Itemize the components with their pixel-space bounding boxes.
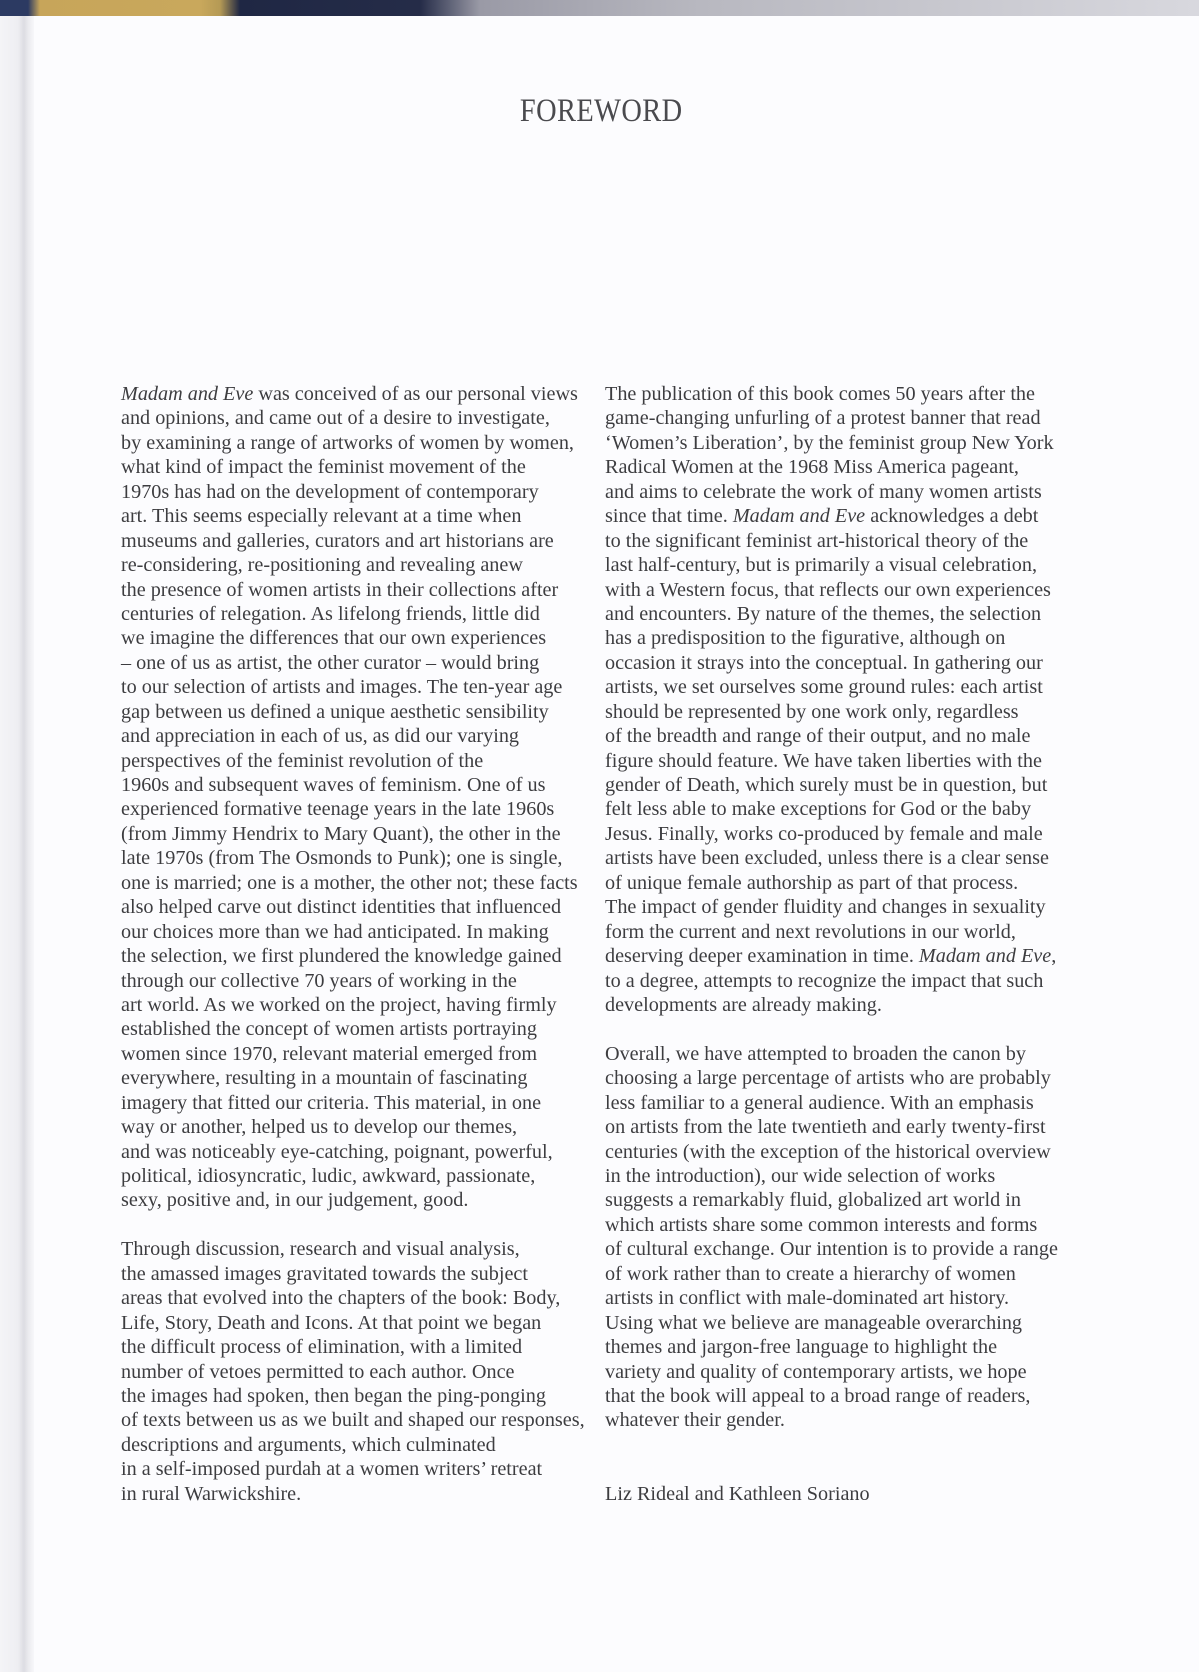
- text-line: areas that evolved into the chapters of …: [121, 1286, 585, 1310]
- line-text: of work rather than to create a hierarch…: [605, 1263, 1016, 1285]
- text-line: of cultural exchange. Our intention is t…: [605, 1237, 1058, 1261]
- text-line: on artists from the late twentieth and e…: [605, 1115, 1058, 1139]
- text-line: The impact of gender fluidity and change…: [605, 895, 1058, 919]
- text-line: Jesus. Finally, works co-produced by fem…: [605, 822, 1058, 846]
- book-title-italic: Madam and Eve: [919, 945, 1051, 967]
- text-line: ‘Women’s Liberation’, by the feminist gr…: [605, 431, 1058, 455]
- text-line: and appreciation in each of us, as did o…: [121, 724, 585, 748]
- line-text: Through discussion, research and visual …: [121, 1238, 520, 1260]
- line-text: areas that evolved into the chapters of …: [121, 1287, 560, 1309]
- line-text: was conceived of as our personal views: [253, 383, 578, 405]
- book-cover-edge: [0, 0, 1199, 16]
- author-signature: Liz Rideal and Kathleen Soriano: [605, 1482, 1058, 1506]
- line-text: Radical Women at the 1968 Miss America p…: [605, 456, 1019, 478]
- text-line: to a degree, attempts to recognize the i…: [605, 969, 1058, 993]
- line-text: artists have been excluded, unless there…: [605, 847, 1049, 869]
- line-text: Jesus. Finally, works co-produced by fem…: [605, 823, 1043, 845]
- line-text: experienced formative teenage years in t…: [121, 798, 554, 820]
- text-line: should be represented by one work only, …: [605, 700, 1058, 724]
- text-line: established the concept of women artists…: [121, 1017, 585, 1041]
- text-line: (from Jimmy Hendrix to Mary Quant), the …: [121, 822, 585, 846]
- line-text: established the concept of women artists…: [121, 1018, 537, 1040]
- line-text: form the current and next revolutions in…: [605, 921, 1016, 943]
- line-text: and opinions, and came out of a desire t…: [121, 407, 550, 429]
- line-text: has a predisposition to the figurative, …: [605, 627, 1005, 649]
- line-text: of unique female authorship as part of t…: [605, 872, 1018, 894]
- line-text: ‘Women’s Liberation’, by the feminist gr…: [605, 432, 1054, 454]
- right-text-column: The publication of this book comes 50 ye…: [605, 382, 1058, 1506]
- text-line: and was noticeably eye-catching, poignan…: [121, 1140, 585, 1164]
- text-line: occasion it strays into the conceptual. …: [605, 651, 1058, 675]
- line-text: re-considering, re-positioning and revea…: [121, 554, 523, 576]
- text-line: what kind of impact the feminist movemen…: [121, 455, 585, 479]
- text-line: re-considering, re-positioning and revea…: [121, 553, 585, 577]
- line-text: art world. As we worked on the project, …: [121, 994, 557, 1016]
- line-text: artists in conflict with male-dominated …: [605, 1287, 1009, 1309]
- line-text: to a degree, attempts to recognize the i…: [605, 970, 1043, 992]
- line-text: themes and jargon-free language to highl…: [605, 1336, 997, 1358]
- text-line: descriptions and arguments, which culmin…: [121, 1433, 585, 1457]
- line-text: choosing a large percentage of artists w…: [605, 1067, 1051, 1089]
- line-text: the selection, we first plundered the kn…: [121, 945, 562, 967]
- left-paragraph-1: Madam and Eve was conceived of as our pe…: [121, 382, 585, 1213]
- text-line: of texts between us as we built and shap…: [121, 1408, 585, 1432]
- text-line: deserving deeper examination in time. Ma…: [605, 944, 1058, 968]
- line-text: ,: [1051, 945, 1056, 967]
- text-line: Overall, we have attempted to broaden th…: [605, 1042, 1058, 1066]
- text-line: and aims to celebrate the work of many w…: [605, 480, 1058, 504]
- line-text: game-changing unfurling of a protest ban…: [605, 407, 1041, 429]
- line-text: gender of Death, which surely must be in…: [605, 774, 1047, 796]
- page-title: FOREWORD: [86, 93, 1117, 130]
- line-text: our choices more than we had anticipated…: [121, 921, 549, 943]
- line-text: suggests a remarkably fluid, globalized …: [605, 1189, 1021, 1211]
- line-text: to the significant feminist art-historic…: [605, 530, 1028, 552]
- line-text: in rural Warwickshire.: [121, 1483, 301, 1505]
- text-line: form the current and next revolutions in…: [605, 920, 1058, 944]
- line-text: in a self-imposed purdah at a women writ…: [121, 1458, 542, 1480]
- line-text: artists, we set ourselves some ground ru…: [605, 676, 1043, 698]
- text-line: artists, we set ourselves some ground ru…: [605, 675, 1058, 699]
- line-text: since that time.: [605, 505, 733, 527]
- line-text: gap between us defined a unique aestheti…: [121, 701, 549, 723]
- text-line: to our selection of artists and images. …: [121, 675, 585, 699]
- line-text: Using what we believe are manageable ove…: [605, 1312, 1022, 1334]
- text-line: variety and quality of contemporary arti…: [605, 1360, 1058, 1384]
- text-line: Through discussion, research and visual …: [121, 1237, 585, 1261]
- text-line: in the introduction), our wide selection…: [605, 1164, 1058, 1188]
- line-text: museums and galleries, curators and art …: [121, 530, 554, 552]
- line-text: also helped carve out distinct identitie…: [121, 896, 561, 918]
- line-text: that the book will appeal to a broad ran…: [605, 1385, 1030, 1407]
- line-text: descriptions and arguments, which culmin…: [121, 1434, 496, 1456]
- line-text: whatever their gender.: [605, 1409, 785, 1431]
- line-text: the presence of women artists in their c…: [121, 579, 558, 601]
- line-text: art. This seems especially relevant at a…: [121, 505, 521, 527]
- text-line: whatever their gender.: [605, 1408, 1058, 1432]
- line-text: developments are already making.: [605, 994, 882, 1016]
- text-line: centuries of relegation. As lifelong fri…: [121, 602, 585, 626]
- line-text: centuries (with the exception of the his…: [605, 1141, 1051, 1163]
- text-line: the difficult process of elimination, wi…: [121, 1335, 585, 1359]
- text-line: by examining a range of artworks of wome…: [121, 431, 585, 455]
- text-line: art. This seems especially relevant at a…: [121, 504, 585, 528]
- text-line: less familiar to a general audience. Wit…: [605, 1091, 1058, 1115]
- line-text: the images had spoken, then began the pi…: [121, 1385, 546, 1407]
- text-line: felt less able to make exceptions for Go…: [605, 797, 1058, 821]
- line-text: sexy, positive and, in our judgement, go…: [121, 1189, 468, 1211]
- text-line: suggests a remarkably fluid, globalized …: [605, 1188, 1058, 1212]
- line-text: and was noticeably eye-catching, poignan…: [121, 1141, 553, 1163]
- line-text: acknowledges a debt: [865, 505, 1038, 527]
- line-text: by examining a range of artworks of wome…: [121, 432, 574, 454]
- text-line: themes and jargon-free language to highl…: [605, 1335, 1058, 1359]
- signature-gap: [605, 1433, 1058, 1482]
- line-text: and appreciation in each of us, as did o…: [121, 725, 519, 747]
- book-spine-shadow: [0, 16, 34, 1672]
- text-line: Radical Women at the 1968 Miss America p…: [605, 455, 1058, 479]
- text-line: and opinions, and came out of a desire t…: [121, 406, 585, 430]
- line-text: late 1970s (from The Osmonds to Punk); o…: [121, 847, 562, 869]
- text-line: artists in conflict with male-dominated …: [605, 1286, 1058, 1310]
- text-line: which artists share some common interest…: [605, 1213, 1058, 1237]
- line-text: imagery that fitted our criteria. This m…: [121, 1092, 541, 1114]
- line-text: The impact of gender fluidity and change…: [605, 896, 1046, 918]
- text-line: artists have been excluded, unless there…: [605, 846, 1058, 870]
- text-line: art world. As we worked on the project, …: [121, 993, 585, 1017]
- line-text: one is married; one is a mother, the oth…: [121, 872, 578, 894]
- book-title-italic: Madam and Eve: [121, 383, 253, 405]
- line-text: figure should feature. We have taken lib…: [605, 750, 1042, 772]
- text-line: since that time. Madam and Eve acknowled…: [605, 504, 1058, 528]
- text-line: choosing a large percentage of artists w…: [605, 1066, 1058, 1090]
- text-line: 1960s and subsequent waves of feminism. …: [121, 773, 585, 797]
- line-text: the amassed images gravitated towards th…: [121, 1263, 528, 1285]
- text-line: number of vetoes permitted to each autho…: [121, 1360, 585, 1384]
- left-paragraph-2: Through discussion, research and visual …: [121, 1237, 585, 1506]
- line-text: Overall, we have attempted to broaden th…: [605, 1043, 1026, 1065]
- text-line: imagery that fitted our criteria. This m…: [121, 1091, 585, 1115]
- text-line: gender of Death, which surely must be in…: [605, 773, 1058, 797]
- text-line: our choices more than we had anticipated…: [121, 920, 585, 944]
- text-line: of the breadth and range of their output…: [605, 724, 1058, 748]
- line-text: to our selection of artists and images. …: [121, 676, 562, 698]
- paragraph-gap: [121, 1213, 585, 1237]
- text-line: in rural Warwickshire.: [121, 1482, 585, 1506]
- right-paragraph-2: Overall, we have attempted to broaden th…: [605, 1042, 1058, 1433]
- right-paragraph-1: The publication of this book comes 50 ye…: [605, 382, 1058, 1017]
- line-text: felt less able to make exceptions for Go…: [605, 798, 1031, 820]
- line-text: Life, Story, Death and Icons. At that po…: [121, 1312, 541, 1334]
- text-line: everywhere, resulting in a mountain of f…: [121, 1066, 585, 1090]
- text-line: – one of us as artist, the other curator…: [121, 651, 585, 675]
- text-line: the presence of women artists in their c…: [121, 578, 585, 602]
- line-text: less familiar to a general audience. Wit…: [605, 1092, 1034, 1114]
- book-title-italic: Madam and Eve: [733, 505, 865, 527]
- line-text: The publication of this book comes 50 ye…: [605, 383, 1035, 405]
- text-line: developments are already making.: [605, 993, 1058, 1017]
- text-line: way or another, helped us to develop our…: [121, 1115, 585, 1139]
- text-line: last half-century, but is primarily a vi…: [605, 553, 1058, 577]
- line-text: and aims to celebrate the work of many w…: [605, 481, 1042, 503]
- line-text: number of vetoes permitted to each autho…: [121, 1361, 515, 1383]
- line-text: of texts between us as we built and shap…: [121, 1409, 585, 1431]
- text-line: the amassed images gravitated towards th…: [121, 1262, 585, 1286]
- line-text: (from Jimmy Hendrix to Mary Quant), the …: [121, 823, 561, 845]
- text-line: perspectives of the feminist revolution …: [121, 749, 585, 773]
- text-line: women since 1970, relevant material emer…: [121, 1042, 585, 1066]
- line-text: of cultural exchange. Our intention is t…: [605, 1238, 1058, 1260]
- text-line: museums and galleries, curators and art …: [121, 529, 585, 553]
- text-line: of work rather than to create a hierarch…: [605, 1262, 1058, 1286]
- text-line: late 1970s (from The Osmonds to Punk); o…: [121, 846, 585, 870]
- left-text-column: Madam and Eve was conceived of as our pe…: [121, 382, 585, 1506]
- line-text: occasion it strays into the conceptual. …: [605, 652, 1043, 674]
- text-line: sexy, positive and, in our judgement, go…: [121, 1188, 585, 1212]
- text-line: game-changing unfurling of a protest ban…: [605, 406, 1058, 430]
- line-text: political, idiosyncratic, ludic, awkward…: [121, 1165, 535, 1187]
- text-line: Using what we believe are manageable ove…: [605, 1311, 1058, 1335]
- line-text: what kind of impact the feminist movemen…: [121, 456, 526, 478]
- text-line: political, idiosyncratic, ludic, awkward…: [121, 1164, 585, 1188]
- text-line: to the significant feminist art-historic…: [605, 529, 1058, 553]
- text-line: The publication of this book comes 50 ye…: [605, 382, 1058, 406]
- line-text: women since 1970, relevant material emer…: [121, 1043, 537, 1065]
- text-line: figure should feature. We have taken lib…: [605, 749, 1058, 773]
- line-text: on artists from the late twentieth and e…: [605, 1116, 1046, 1138]
- line-text: the difficult process of elimination, wi…: [121, 1336, 522, 1358]
- text-line: also helped carve out distinct identitie…: [121, 895, 585, 919]
- line-text: with a Western focus, that reflects our …: [605, 579, 1051, 601]
- line-text: last half-century, but is primarily a vi…: [605, 554, 1037, 576]
- text-line: one is married; one is a mother, the oth…: [121, 871, 585, 895]
- text-line: the selection, we first plundered the kn…: [121, 944, 585, 968]
- text-line: that the book will appeal to a broad ran…: [605, 1384, 1058, 1408]
- text-line: centuries (with the exception of the his…: [605, 1140, 1058, 1164]
- paragraph-gap: [605, 1017, 1058, 1041]
- line-text: deserving deeper examination in time.: [605, 945, 919, 967]
- line-text: variety and quality of contemporary arti…: [605, 1361, 1027, 1383]
- line-text: we imagine the differences that our own …: [121, 627, 546, 649]
- line-text: and encounters. By nature of the themes,…: [605, 603, 1041, 625]
- text-line: with a Western focus, that reflects our …: [605, 578, 1058, 602]
- text-line: through our collective 70 years of worki…: [121, 969, 585, 993]
- line-text: should be represented by one work only, …: [605, 701, 1019, 723]
- line-text: 1970s has had on the development of cont…: [121, 481, 539, 503]
- text-line: gap between us defined a unique aestheti…: [121, 700, 585, 724]
- text-line: experienced formative teenage years in t…: [121, 797, 585, 821]
- text-line: we imagine the differences that our own …: [121, 626, 585, 650]
- text-line: Life, Story, Death and Icons. At that po…: [121, 1311, 585, 1335]
- line-text: in the introduction), our wide selection…: [605, 1165, 995, 1187]
- line-text: everywhere, resulting in a mountain of f…: [121, 1067, 527, 1089]
- line-text: – one of us as artist, the other curator…: [121, 652, 539, 674]
- text-line: Madam and Eve was conceived of as our pe…: [121, 382, 585, 406]
- text-line: of unique female authorship as part of t…: [605, 871, 1058, 895]
- line-text: of the breadth and range of their output…: [605, 725, 1030, 747]
- line-text: 1960s and subsequent waves of feminism. …: [121, 774, 545, 796]
- text-line: has a predisposition to the figurative, …: [605, 626, 1058, 650]
- line-text: through our collective 70 years of worki…: [121, 970, 517, 992]
- line-text: centuries of relegation. As lifelong fri…: [121, 603, 540, 625]
- line-text: perspectives of the feminist revolution …: [121, 750, 483, 772]
- line-text: which artists share some common interest…: [605, 1214, 1037, 1236]
- text-line: in a self-imposed purdah at a women writ…: [121, 1457, 585, 1481]
- text-line: and encounters. By nature of the themes,…: [605, 602, 1058, 626]
- text-line: 1970s has had on the development of cont…: [121, 480, 585, 504]
- line-text: way or another, helped us to develop our…: [121, 1116, 517, 1138]
- text-line: the images had spoken, then began the pi…: [121, 1384, 585, 1408]
